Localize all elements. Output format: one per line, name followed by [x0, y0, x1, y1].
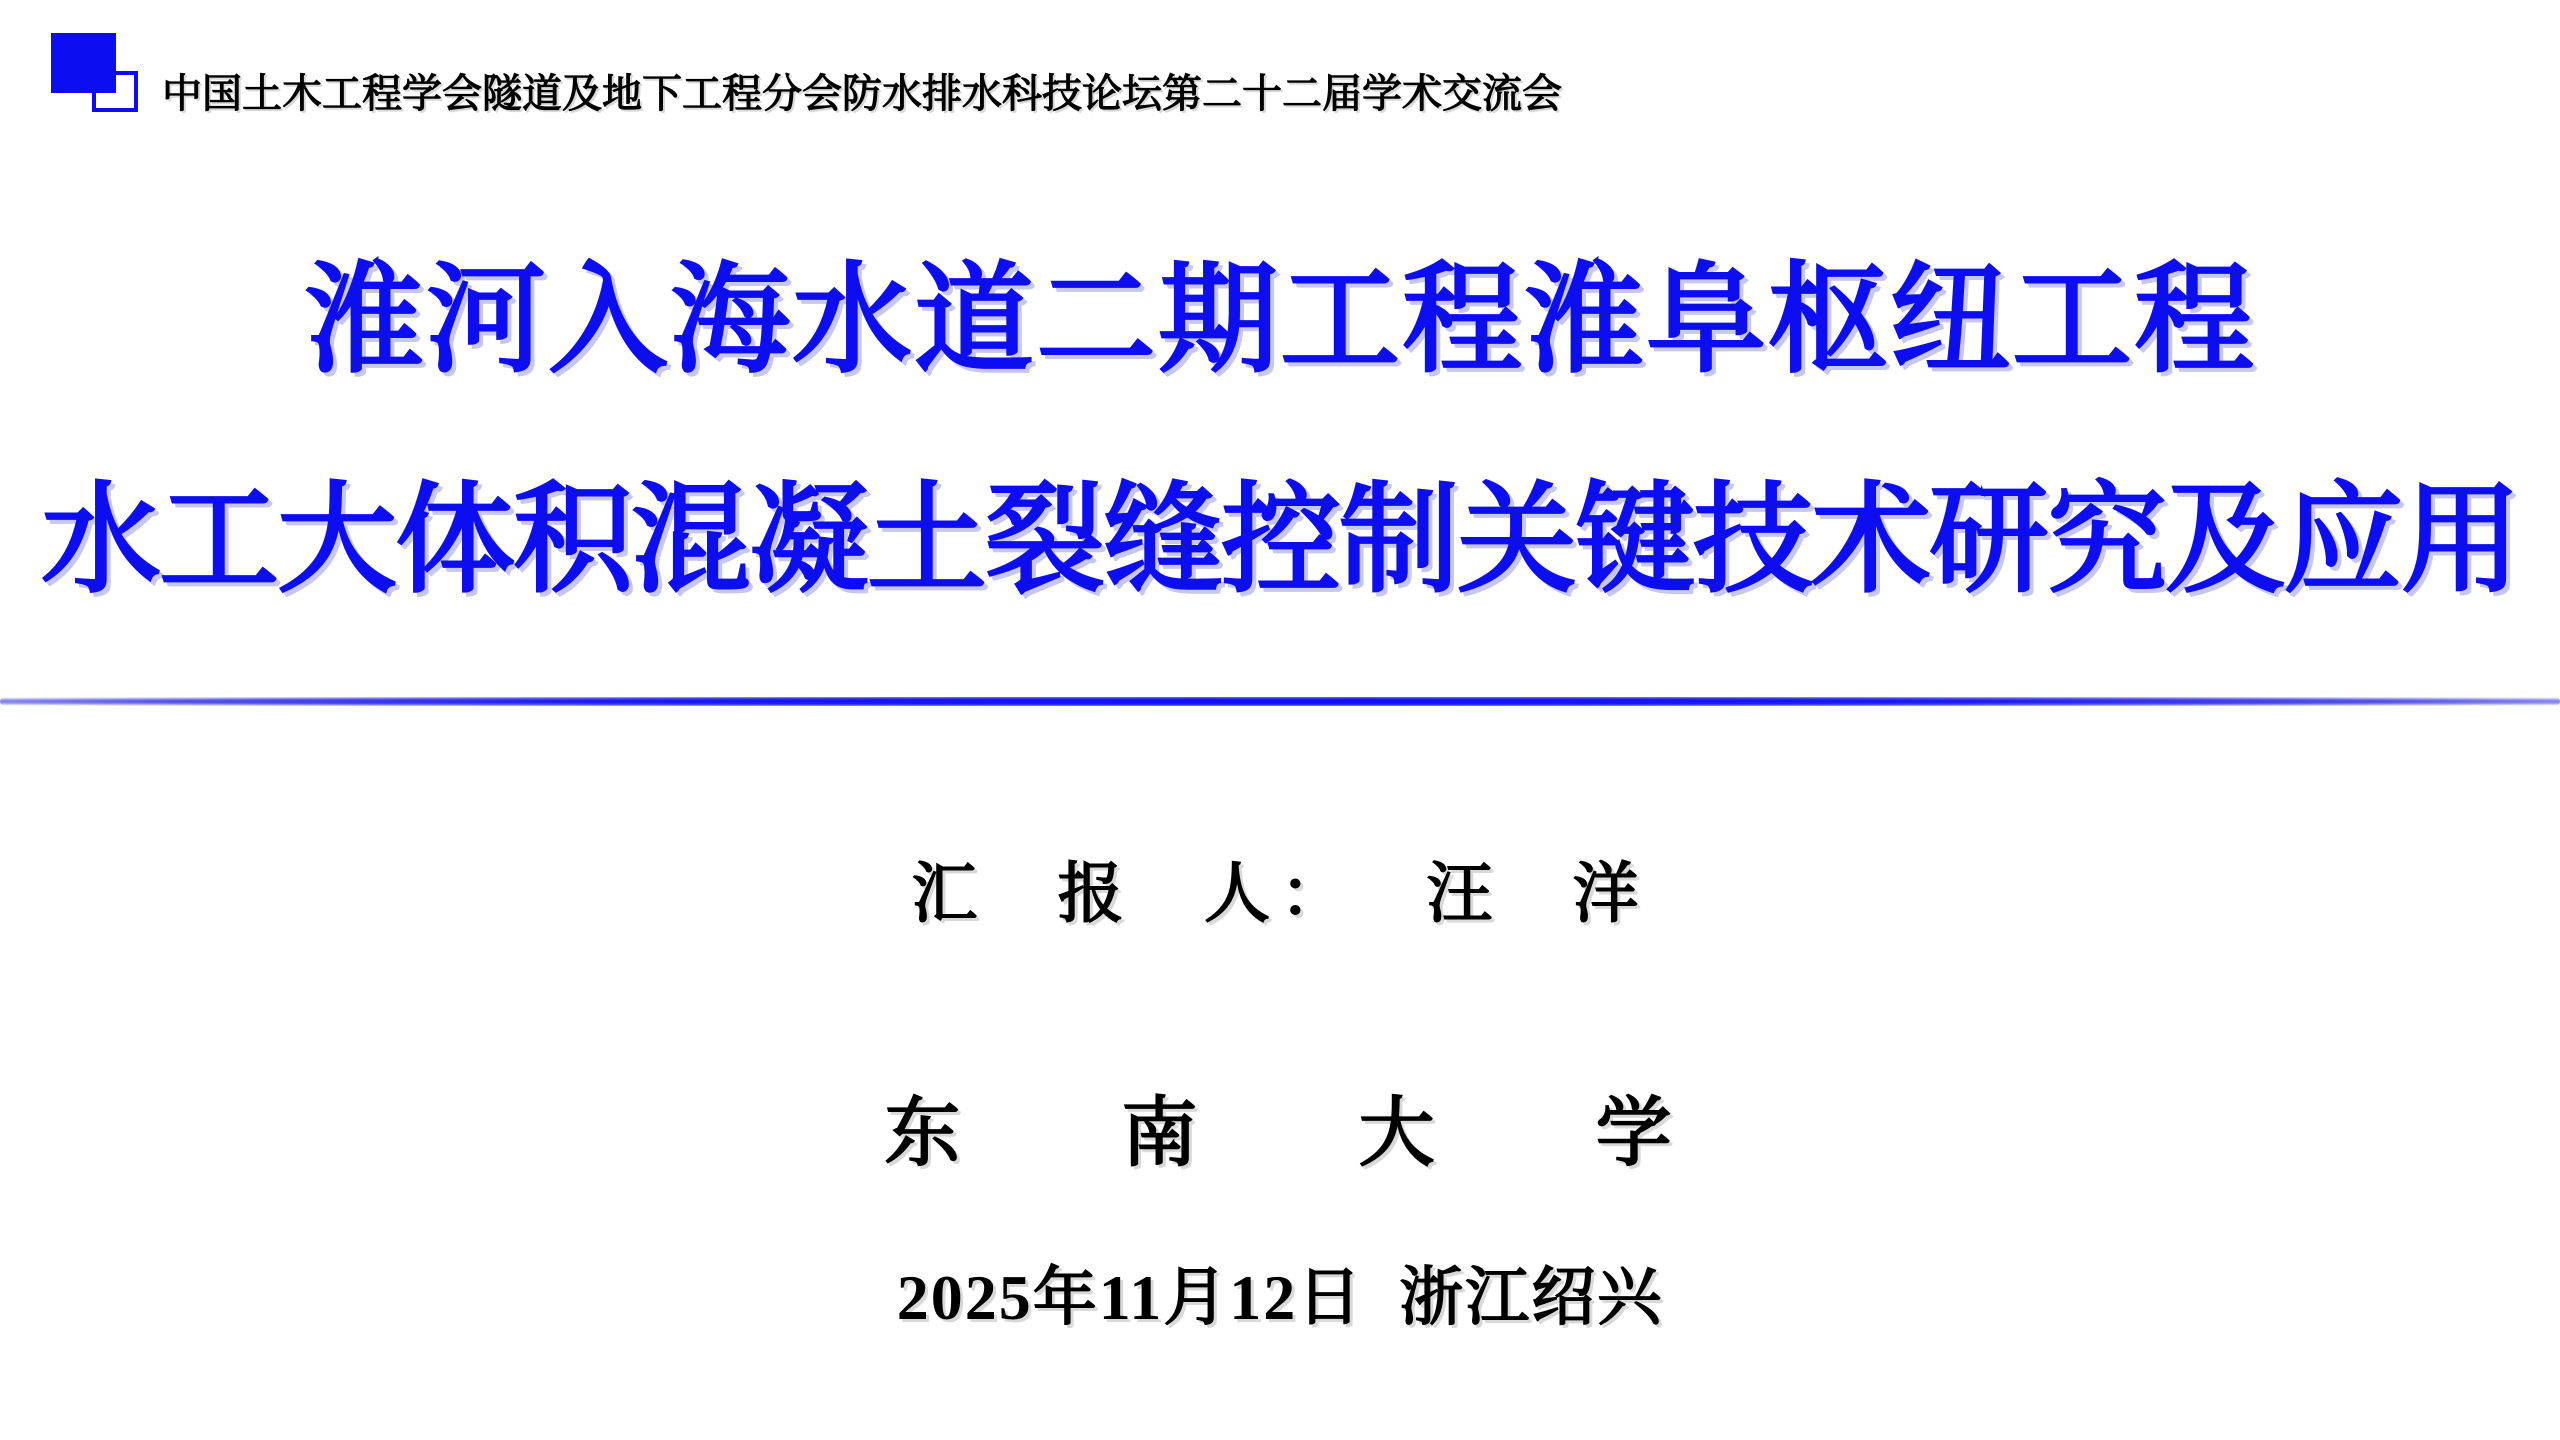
logo-filled-square-icon: [51, 33, 116, 93]
slide-title-line2: 水工大体积混凝土裂缝控制关键技术研究及应用: [0, 468, 2560, 612]
slide-title-line1: 淮河入海水道二期工程淮阜枢纽工程: [0, 248, 2560, 392]
presenter-line: 汇 报 人： 汪 洋: [0, 840, 2560, 935]
university-name: 东 南 大 学: [0, 1072, 2560, 1181]
gradient-divider: [0, 697, 2560, 706]
title-slide: 中国土木工程学会隧道及地下工程分会防水排水科技论坛第二十二届学术交流会 淮河入海…: [0, 0, 2560, 1440]
date-location: 2025年11月12日 浙江绍兴: [0, 1246, 2560, 1338]
conference-title: 中国土木工程学会隧道及地下工程分会防水排水科技论坛第二十二届学术交流会: [162, 62, 1562, 119]
